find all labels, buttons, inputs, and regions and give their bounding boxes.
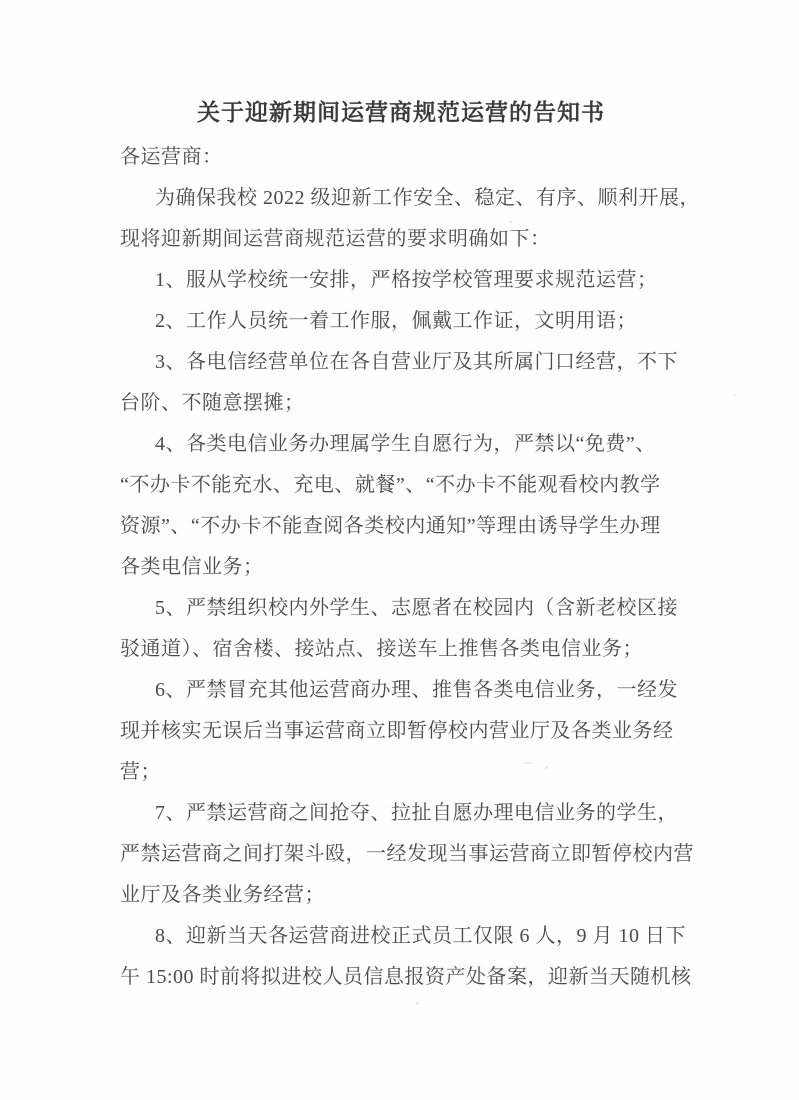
salutation: 各运营商： bbox=[120, 137, 706, 178]
notice-paragraph: 6、严禁冒充其他运营商办理、推售各类电信业务，一经发 现并核实无误后当事运营商立… bbox=[120, 670, 706, 793]
notice-paragraph: 3、各电信经营单位在各自营业厅及其所属门口经营，不下 台阶、不随意摆摊； bbox=[120, 342, 706, 424]
document-body: 为确保我校 2022 级迎新工作安全、稳定、有序、顺利开展， 现将迎新期间运营商… bbox=[120, 178, 706, 998]
notice-paragraph: 2、工作人员统一着工作服，佩戴工作证，文明用语； bbox=[120, 301, 706, 342]
notice-paragraph: 7、严禁运营商之间抢夺、拉扯自愿办理电信业务的学生， 严禁运营商之间打架斗殴，一… bbox=[120, 793, 706, 916]
notice-paragraph: 8、迎新当天各运营商进校正式员工仅限 6 人，9 月 10 日下 午 15:00… bbox=[120, 916, 706, 998]
notice-paragraph: 4、各类电信业务办理属学生自愿行为，严禁以“免费”、 “不办卡不能充水、充电、就… bbox=[120, 424, 706, 588]
scan-artifact bbox=[545, 766, 548, 769]
document-title: 关于迎新期间运营商规范运营的告知书 bbox=[120, 92, 682, 133]
scan-artifact bbox=[416, 1002, 419, 1005]
scan-artifact bbox=[733, 394, 737, 396]
notice-paragraph: 1、服从学校统一安排，严格按学校管理要求规范运营； bbox=[120, 260, 706, 301]
notice-paragraph: 5、严禁组织校内外学生、志愿者在校园内（含新老校区接 驳通道）、宿舍楼、接站点、… bbox=[120, 588, 706, 670]
notice-paragraph: 为确保我校 2022 级迎新工作安全、稳定、有序、顺利开展， 现将迎新期间运营商… bbox=[120, 178, 706, 260]
scan-artifact bbox=[509, 221, 512, 223]
scanned-page: 关于迎新期间运营商规范运营的告知书 各运营商： 为确保我校 2022 级迎新工作… bbox=[0, 0, 799, 1100]
scan-artifact bbox=[524, 762, 533, 764]
